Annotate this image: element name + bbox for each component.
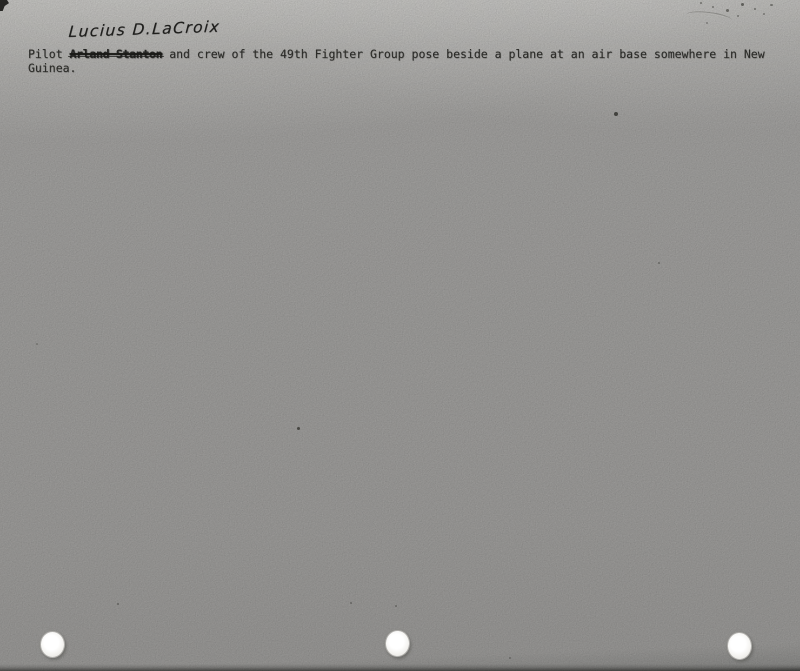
punch-hole-center xyxy=(384,629,411,658)
scan-bottom-edge-shadow xyxy=(0,664,800,671)
paper-speck xyxy=(741,3,744,6)
paper-speck xyxy=(36,343,38,345)
paper-speck xyxy=(726,9,729,12)
paper-speck xyxy=(712,6,714,8)
paper-speck xyxy=(350,602,352,604)
caption-prefix: Pilot xyxy=(28,47,70,61)
paper-speck xyxy=(297,427,300,430)
paper-speck xyxy=(700,2,702,4)
paper-speck xyxy=(395,605,397,607)
scan-corner-artifact xyxy=(0,0,9,11)
paper-speck xyxy=(770,4,773,6)
punch-hole-right xyxy=(726,631,752,660)
paper-smudge xyxy=(686,9,733,26)
paper-grain-texture xyxy=(0,0,800,671)
paper-speck xyxy=(117,603,119,605)
paper-speck xyxy=(754,8,756,10)
paper-speck xyxy=(658,262,660,264)
paper-speck xyxy=(763,13,765,15)
typed-caption: Pilot Arland Stanton and crew of the 49t… xyxy=(28,47,788,75)
paper-speck xyxy=(614,112,618,116)
paper-speck xyxy=(737,15,739,17)
scanned-caption-page: Lucius D.LaCroix Pilot Arland Stanton an… xyxy=(0,0,800,671)
handwritten-name-correction: Lucius D.LaCroix xyxy=(68,18,221,41)
punch-hole-left xyxy=(40,631,65,658)
struck-out-name: Arland Stanton xyxy=(70,47,163,61)
paper-speck xyxy=(509,657,511,659)
